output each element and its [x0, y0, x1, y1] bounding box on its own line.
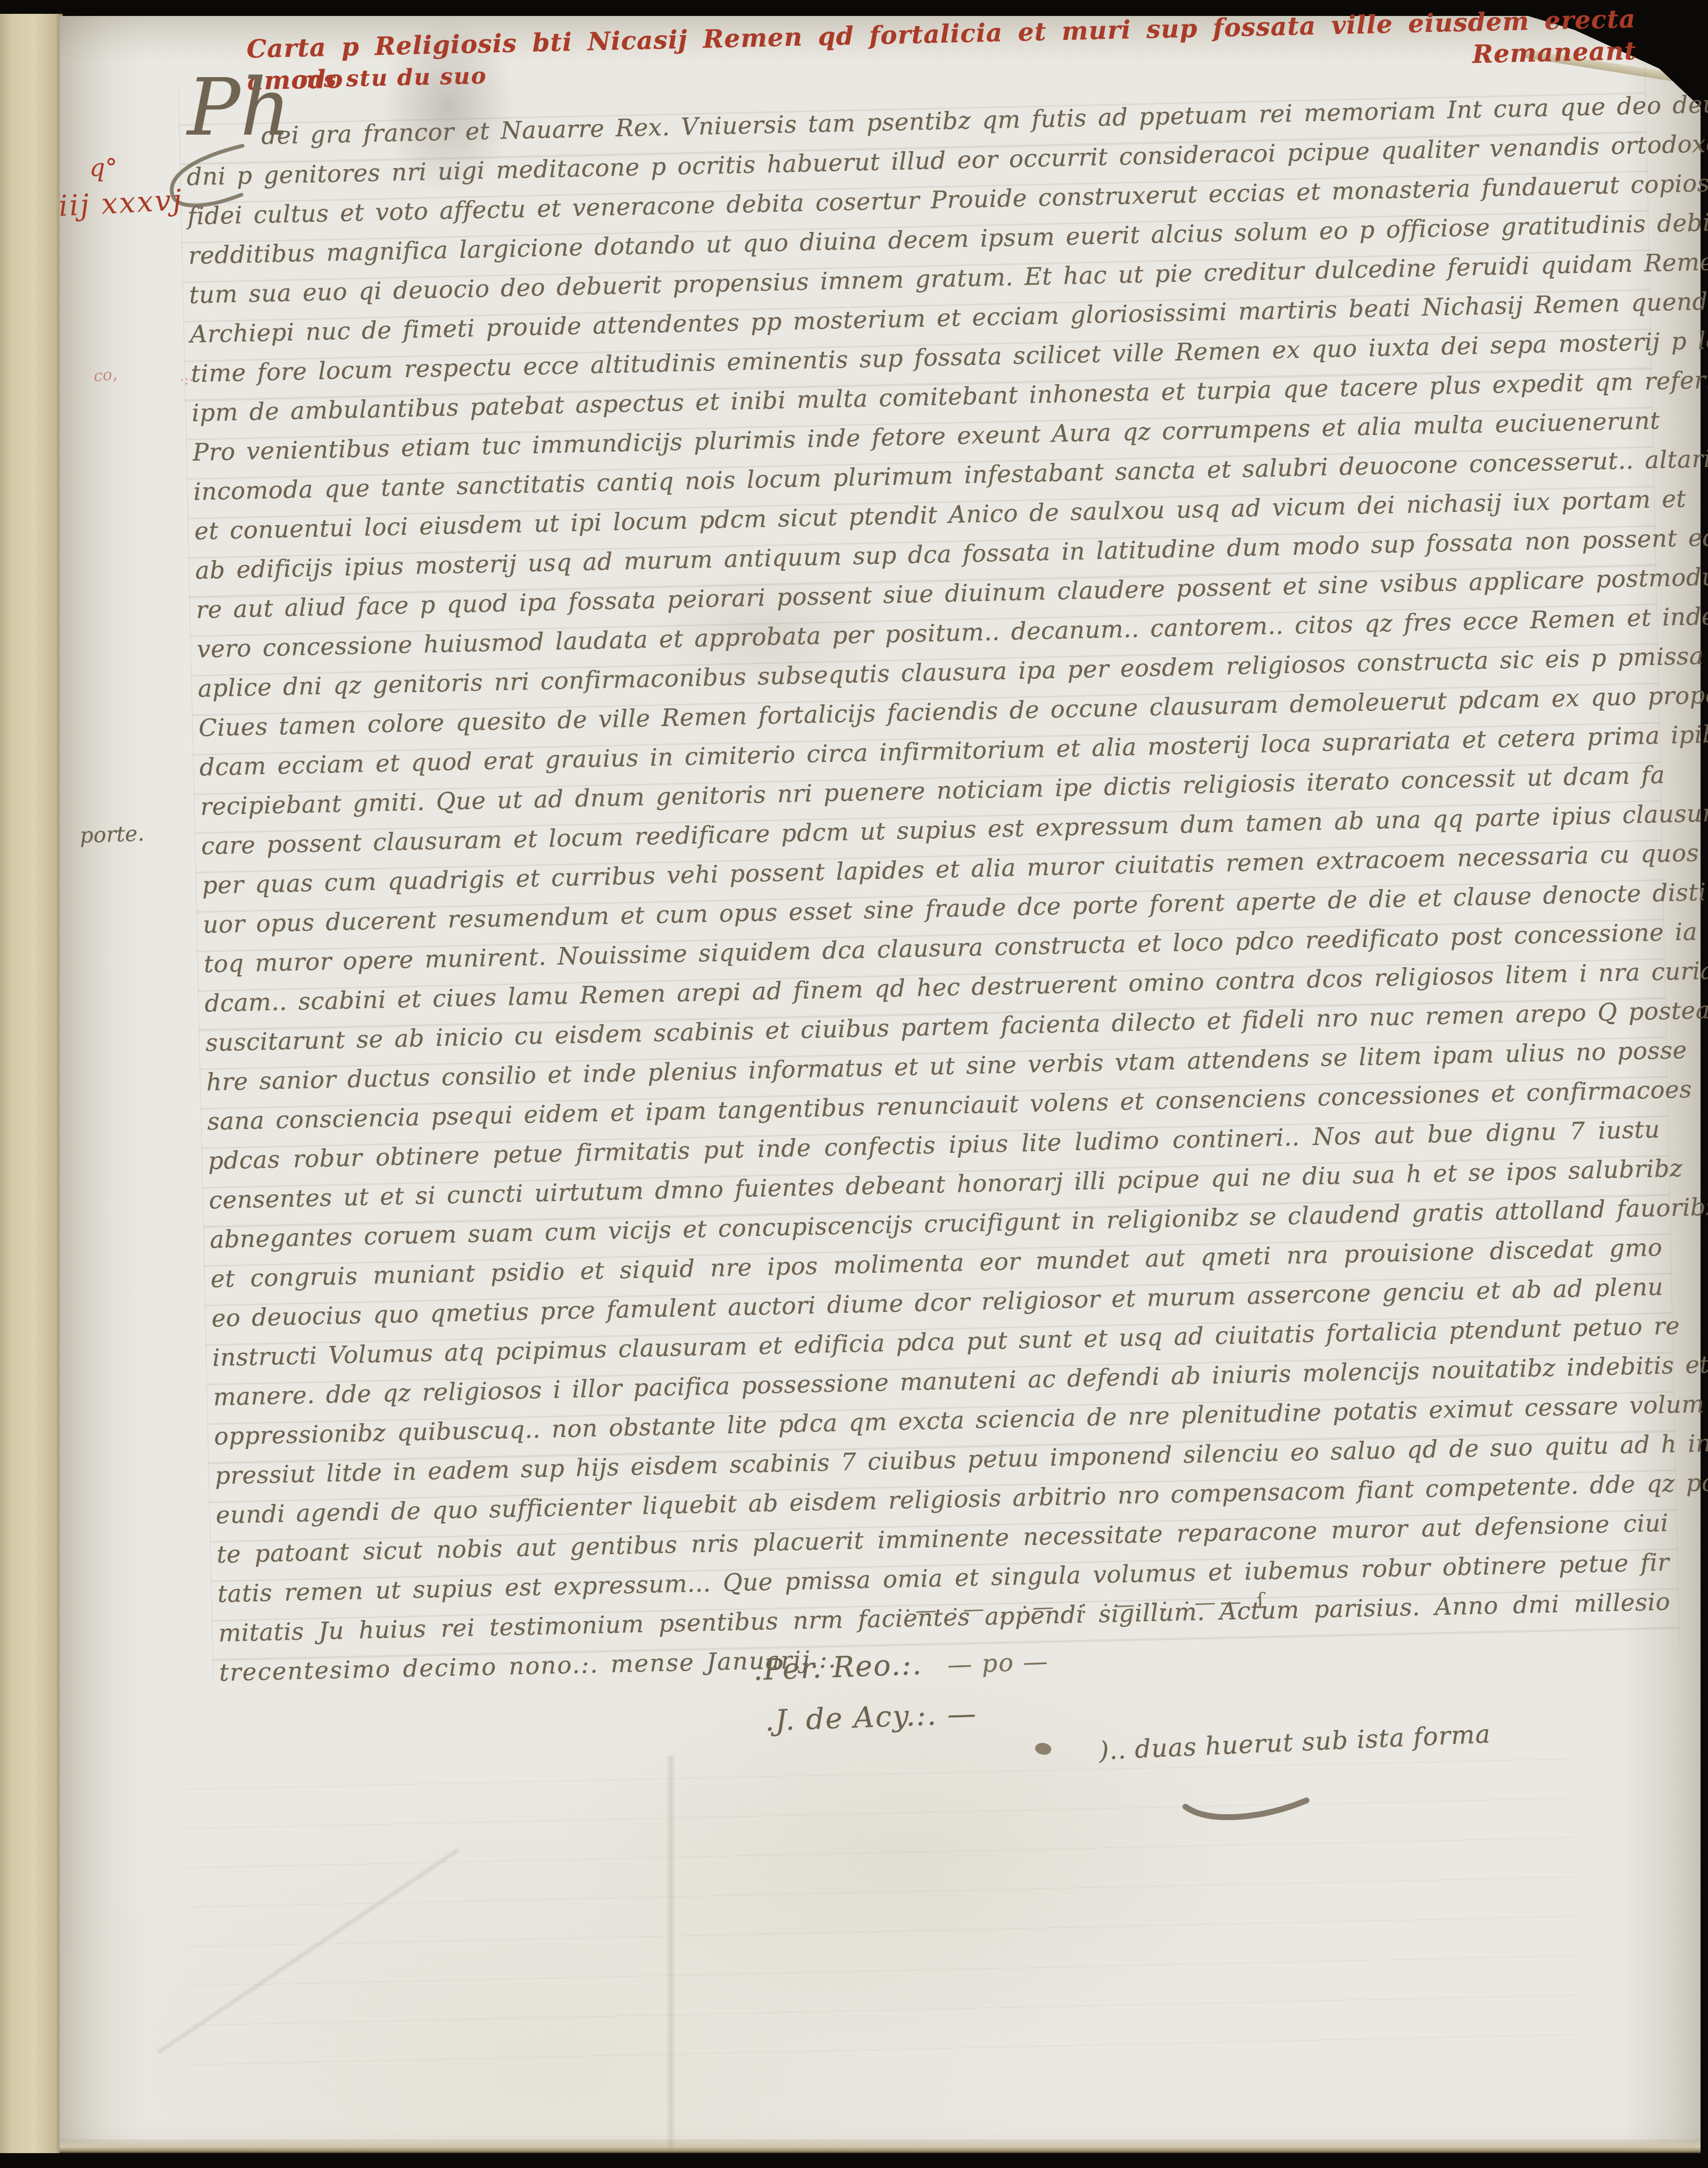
adjacent-folio-edge [0, 14, 63, 2153]
body-text: dei gra francor et Nauarre Rex. Vniuersi… [185, 86, 1671, 1692]
per-flourish: — po — [947, 1647, 1049, 1679]
page-bottom-edge [60, 2139, 1701, 2153]
faint-ruling-blank-area [184, 1720, 1579, 2091]
margin-red-dots: ·:· [180, 372, 193, 388]
text-block: Carta p Religiosis bti Nicasij Remen qd … [184, 3, 1673, 1758]
margin-red-mark: co, [93, 365, 118, 386]
illuminated-initial: Ph [187, 68, 291, 147]
rubric-heading-fragment: ms stu du suo [298, 63, 487, 93]
manuscript-photo: { "document": { "kind": "Medieval Latin … [0, 0, 1708, 2168]
per-text: .Per. Reo.:. [753, 1648, 923, 1687]
margin-quire-mark: q° [89, 153, 117, 182]
margin-folio-number: iij xxxvj [58, 183, 184, 223]
margin-gloss-porte: porte. [79, 821, 145, 848]
